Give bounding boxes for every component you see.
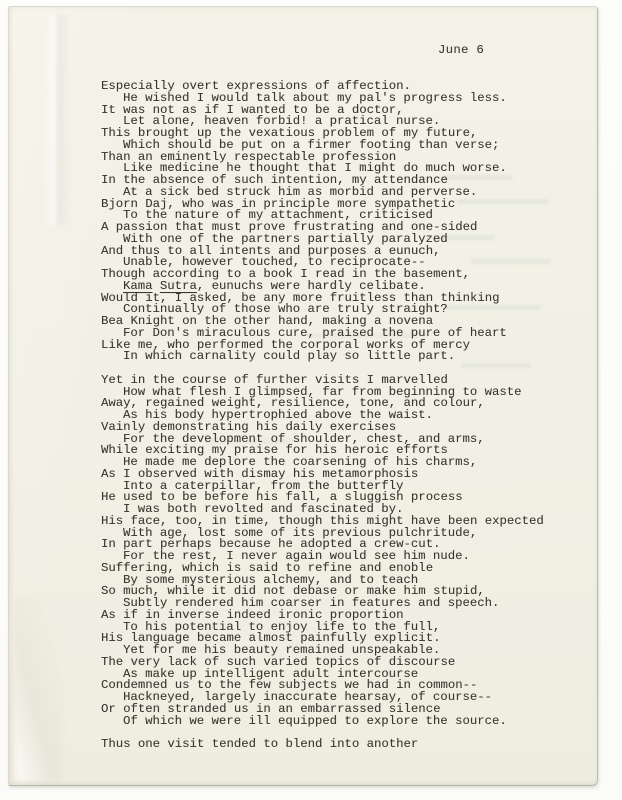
paper-sheet: June 6 Especially overt expressions of a… xyxy=(8,6,598,786)
poem-line: In which carnality could play so little … xyxy=(101,351,544,363)
poem-line: Thus one visit tended to blend into anot… xyxy=(101,739,544,751)
poem-stanza: Yet in the course of further visits I ma… xyxy=(101,375,544,728)
poem-line: Of which we were ill equipped to explore… xyxy=(101,716,544,728)
poem-body: Especially overt expressions of affectio… xyxy=(101,81,544,751)
paper-crease xyxy=(15,597,63,782)
scanned-page-background: June 6 Especially overt expressions of a… xyxy=(0,0,622,800)
poem-stanza: Especially overt expressions of affectio… xyxy=(101,81,544,363)
paper-crease xyxy=(43,15,69,225)
poem-stanza: Thus one visit tended to blend into anot… xyxy=(101,739,544,751)
date-heading: June 6 xyxy=(438,44,484,56)
